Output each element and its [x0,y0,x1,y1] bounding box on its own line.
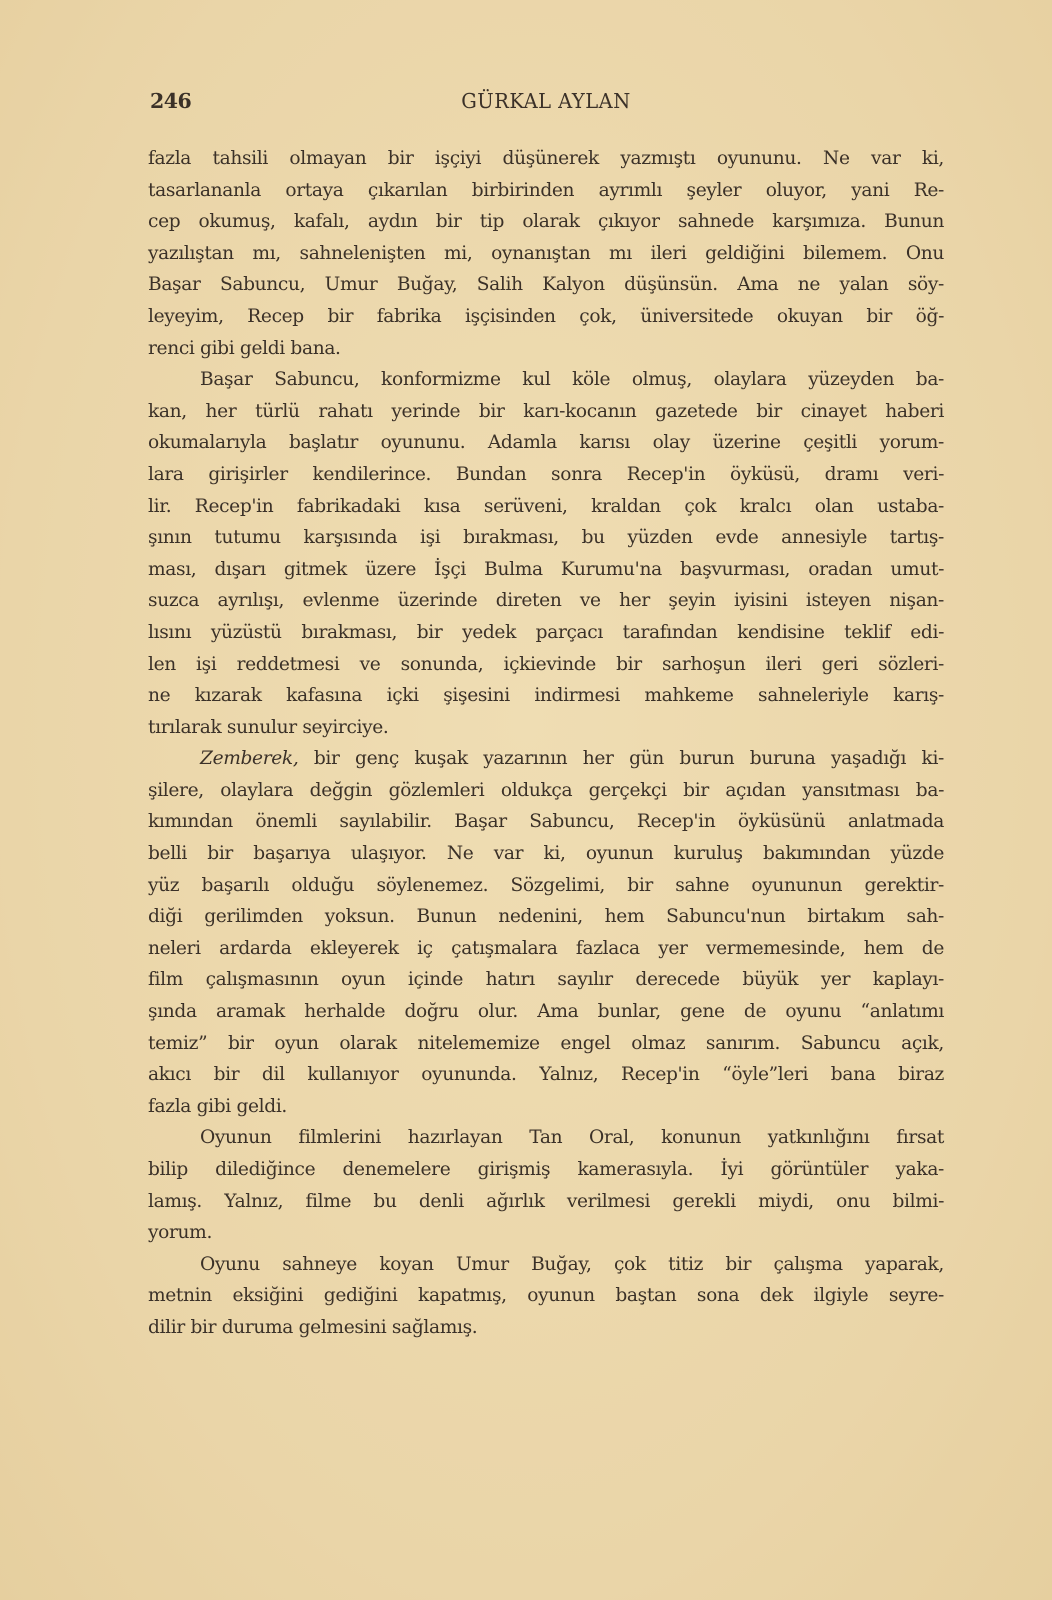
text-line: lısını yüzüstü bırakması, bir yedek parç… [148,617,944,649]
text-line: fazla tahsili olmayan bir işçiyi düşüner… [148,143,944,175]
text-line: şilere, olaylara değgin gözlemleri olduk… [148,775,944,807]
text-line: len işi reddetmesi ve sonunda, içkievind… [148,649,944,681]
text-line: neleri ardarda ekleyerek iç çatışmalara … [148,933,944,965]
text-line: Oyunu sahneye koyan Umur Buğay, çok titi… [148,1249,944,1281]
text-line: lara girişirler kendilerince. Bundan son… [148,459,944,491]
paragraph: fazla tahsili olmayan bir işçiyi düşüner… [148,143,944,364]
text-line: yüz başarılı olduğu söylenemez. Sözgelim… [148,870,944,902]
text-line: diği gerilimden yoksun. Bunun nedenini, … [148,901,944,933]
text-line: cep okumuş, kafalı, aydın bir tip olarak… [148,206,944,238]
text-line: lamış. Yalnız, filme bu denli ağırlık ve… [148,1186,944,1218]
text-line: temiz” bir oyun olarak nitelememize enge… [148,1028,944,1060]
text-line: belli bir başarıya ulaşıyor. Ne var ki, … [148,838,944,870]
text-line: ması, dışarı gitmek üzere İşçi Bulma Kur… [148,554,944,586]
text-line: tırılarak sunulur seyirciye. [148,712,944,744]
text-line: lir. Recep'in fabrikadaki kısa serüveni,… [148,491,944,523]
text-line: dilir bir duruma gelmesini sağlamış. [148,1312,944,1344]
text-line: bilip dilediğince denemelere girişmiş ka… [148,1154,944,1186]
running-title: GÜRKAL AYLAN [168,86,924,116]
text-line: Oyunun filmlerini hazırlayan Tan Oral, k… [148,1122,944,1154]
text-line: film çalışmasının oyun içinde hatırı say… [148,964,944,996]
text-line: metnin eksiğini gediğini kapatmış, oyunu… [148,1280,944,1312]
text-line-rest: bir genç kuşak yazarının her gün burun b… [298,748,944,769]
text-line: renci gibi geldi bana. [148,333,944,365]
text-line: ne kızarak kafasına içki şişesini indirm… [148,680,944,712]
text-line: suzca ayrılışı, evlenme üzerinde direten… [148,585,944,617]
text-line: akıcı bir dil kullanıyor oyununda. Yalnı… [148,1059,944,1091]
text-line: leyeyim, Recep bir fabrika işçisinden ço… [148,301,944,333]
text-line: şında aramak herhalde doğru olur. Ama bu… [148,996,944,1028]
italic-title: Zemberek, [200,748,298,769]
text-line: fazla gibi geldi. [148,1091,944,1123]
page-header: 246 GÜRKAL AYLAN [148,86,944,116]
text-line: Başar Sabuncu, konformizme kul köle olmu… [148,364,944,396]
text-line: okumalarıyla başlatır oyununu. Adamla ka… [148,427,944,459]
text-line: kan, her türlü rahatı yerinde bir karı-k… [148,396,944,428]
body-text: fazla tahsili olmayan bir işçiyi düşüner… [148,143,944,1344]
paragraph: Oyunu sahneye koyan Umur Buğay, çok titi… [148,1249,944,1344]
text-line: kımından önemli sayılabilir. Başar Sabun… [148,806,944,838]
text-line: Zemberek, bir genç kuşak yazarının her g… [148,743,944,775]
paragraph: Başar Sabuncu, konformizme kul köle olmu… [148,364,944,743]
paragraph: Oyunun filmlerini hazırlayan Tan Oral, k… [148,1122,944,1248]
paragraph: Zemberek, bir genç kuşak yazarının her g… [148,743,944,1122]
text-line: tasarlananla ortaya çıkarılan birbirinde… [148,175,944,207]
text-line: yazılıştan mı, sahnelenişten mi, oynanış… [148,238,944,270]
text-line: şının tutumu karşısında işi bırakması, b… [148,522,944,554]
text-line: yorum. [148,1217,944,1249]
text-line: Başar Sabuncu, Umur Buğay, Salih Kalyon … [148,269,944,301]
